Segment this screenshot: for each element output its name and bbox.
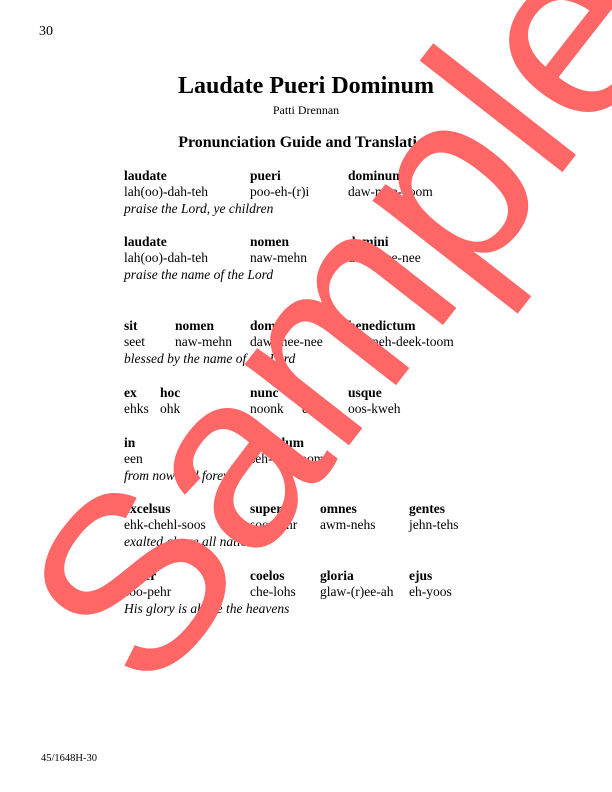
pronunciation: noonk <box>250 401 284 417</box>
latin-word: gentes <box>409 501 445 517</box>
translation: praise the name of the Lord <box>124 267 273 283</box>
pronunciation: awm-nehs <box>320 517 375 533</box>
latin-row: exhocnuncetusque <box>0 385 612 401</box>
pronunciation: soo-pehr <box>124 584 171 600</box>
pronunciation: lah(oo)-dah-teh <box>124 184 208 200</box>
latin-word: nomen <box>175 318 214 334</box>
pronunciation: ehks <box>124 401 149 417</box>
latin-word: domini <box>250 318 291 334</box>
latin-row: supercoelosgloriaejus <box>0 568 612 584</box>
pronunciation-row: lah(oo)-dah-tehpoo-eh-(r)idaw-mee-noom <box>0 184 612 200</box>
latin-row: laudatepueridominum <box>0 168 612 184</box>
latin-word: omnes <box>320 501 357 517</box>
latin-word: super <box>124 568 156 584</box>
pronunciation-row: lah(oo)-dah-tehnaw-mehndaw-mee-nee <box>0 250 612 266</box>
latin-row: sitnomendominibenedictum <box>0 318 612 334</box>
translation: His glory is above the heavens <box>124 601 289 617</box>
pronunciation: ehk-chehl-soos <box>124 517 206 533</box>
latin-word: dominum <box>348 168 404 184</box>
translation: blessed by the name of the Lord <box>124 351 295 367</box>
translation: exalted above all nations <box>124 534 259 550</box>
translation: from now and forever <box>124 468 240 484</box>
translation: praise the Lord, ye children <box>124 201 273 217</box>
pronunciation: poo-eh-(r)i <box>250 184 309 200</box>
pronunciation-row: ehksohknoonkehtoos-kweh <box>0 401 612 417</box>
pronunciation: een <box>124 451 143 467</box>
stanza: sitnomendominibenedictumseetnaw-mehndaw-… <box>0 318 612 370</box>
latin-word: sit <box>124 318 138 334</box>
stanza: laudatepueridominumlah(oo)-dah-tehpoo-eh… <box>0 168 612 220</box>
latin-word: excelsus <box>124 501 171 517</box>
pronunciation: ohk <box>160 401 180 417</box>
pronunciation: seet <box>124 334 145 350</box>
composer-name: Patti Drennan <box>0 103 612 118</box>
stanza: excelsussuperomnesgentesehk-chehl-soosso… <box>0 501 612 553</box>
latin-word: pueri <box>250 168 281 184</box>
latin-row: excelsussuperomnesgentes <box>0 501 612 517</box>
pronunciation: daw-mee-nee <box>348 250 421 266</box>
latin-word: saeculum <box>250 435 304 451</box>
latin-word: gloria <box>320 568 354 584</box>
latin-word: ex <box>124 385 137 401</box>
latin-word: benedictum <box>348 318 416 334</box>
stanza: supercoelosgloriaejussoo-pehrche-lohsgla… <box>0 568 612 620</box>
footer-code: 45/1648H-30 <box>41 753 97 764</box>
latin-word: domini <box>348 234 389 250</box>
pronunciation-row: eenseh-coo-loom <box>0 451 612 467</box>
stanza: laudatenomendominilah(oo)-dah-tehnaw-meh… <box>0 234 612 286</box>
latin-row: laudatenomendomini <box>0 234 612 250</box>
pronunciation: lah(oo)-dah-teh <box>124 250 208 266</box>
pronunciation: beh-neh-deek-toom <box>348 334 454 350</box>
latin-word: nomen <box>250 234 289 250</box>
pronunciation: naw-mehn <box>175 334 232 350</box>
pronunciation: eh-yoos <box>409 584 452 600</box>
stanza: insaeculumeenseh-coo-loomfrom now and fo… <box>0 435 612 487</box>
pronunciation: naw-mehn <box>250 250 307 266</box>
latin-word: laudate <box>124 234 167 250</box>
latin-row: insaeculum <box>0 435 612 451</box>
pronunciation: glaw-(r)ee-ah <box>320 584 393 600</box>
latin-word: coelos <box>250 568 285 584</box>
latin-word: nunc <box>250 385 279 401</box>
latin-word: et <box>302 385 313 401</box>
pronunciation: eht <box>302 401 319 417</box>
pronunciation: soo-pehr <box>250 517 297 533</box>
pronunciation: jehn-tehs <box>409 517 459 533</box>
latin-word: hoc <box>160 385 180 401</box>
pronunciation: daw-mee-nee <box>250 334 323 350</box>
section-heading: Pronunciation Guide and Translation <box>0 134 612 152</box>
page-title: Laudate Pueri Dominum <box>0 73 612 100</box>
pronunciation: seh-coo-loom <box>250 451 324 467</box>
stanza: exhocnuncetusqueehksohknoonkehtoos-kweh <box>0 385 612 437</box>
latin-word: super <box>250 501 282 517</box>
latin-word: usque <box>348 385 382 401</box>
latin-word: ejus <box>409 568 432 584</box>
latin-word: in <box>124 435 135 451</box>
pronunciation: che-lohs <box>250 584 296 600</box>
latin-word: laudate <box>124 168 167 184</box>
page-number: 30 <box>39 24 53 40</box>
pronunciation-row: soo-pehrche-lohsglaw-(r)ee-aheh-yoos <box>0 584 612 600</box>
pronunciation-row: ehk-chehl-soossoo-pehrawm-nehsjehn-tehs <box>0 517 612 533</box>
pronunciation-row: seetnaw-mehndaw-mee-neebeh-neh-deek-toom <box>0 334 612 350</box>
pronunciation: oos-kweh <box>348 401 401 417</box>
pronunciation: daw-mee-noom <box>348 184 433 200</box>
